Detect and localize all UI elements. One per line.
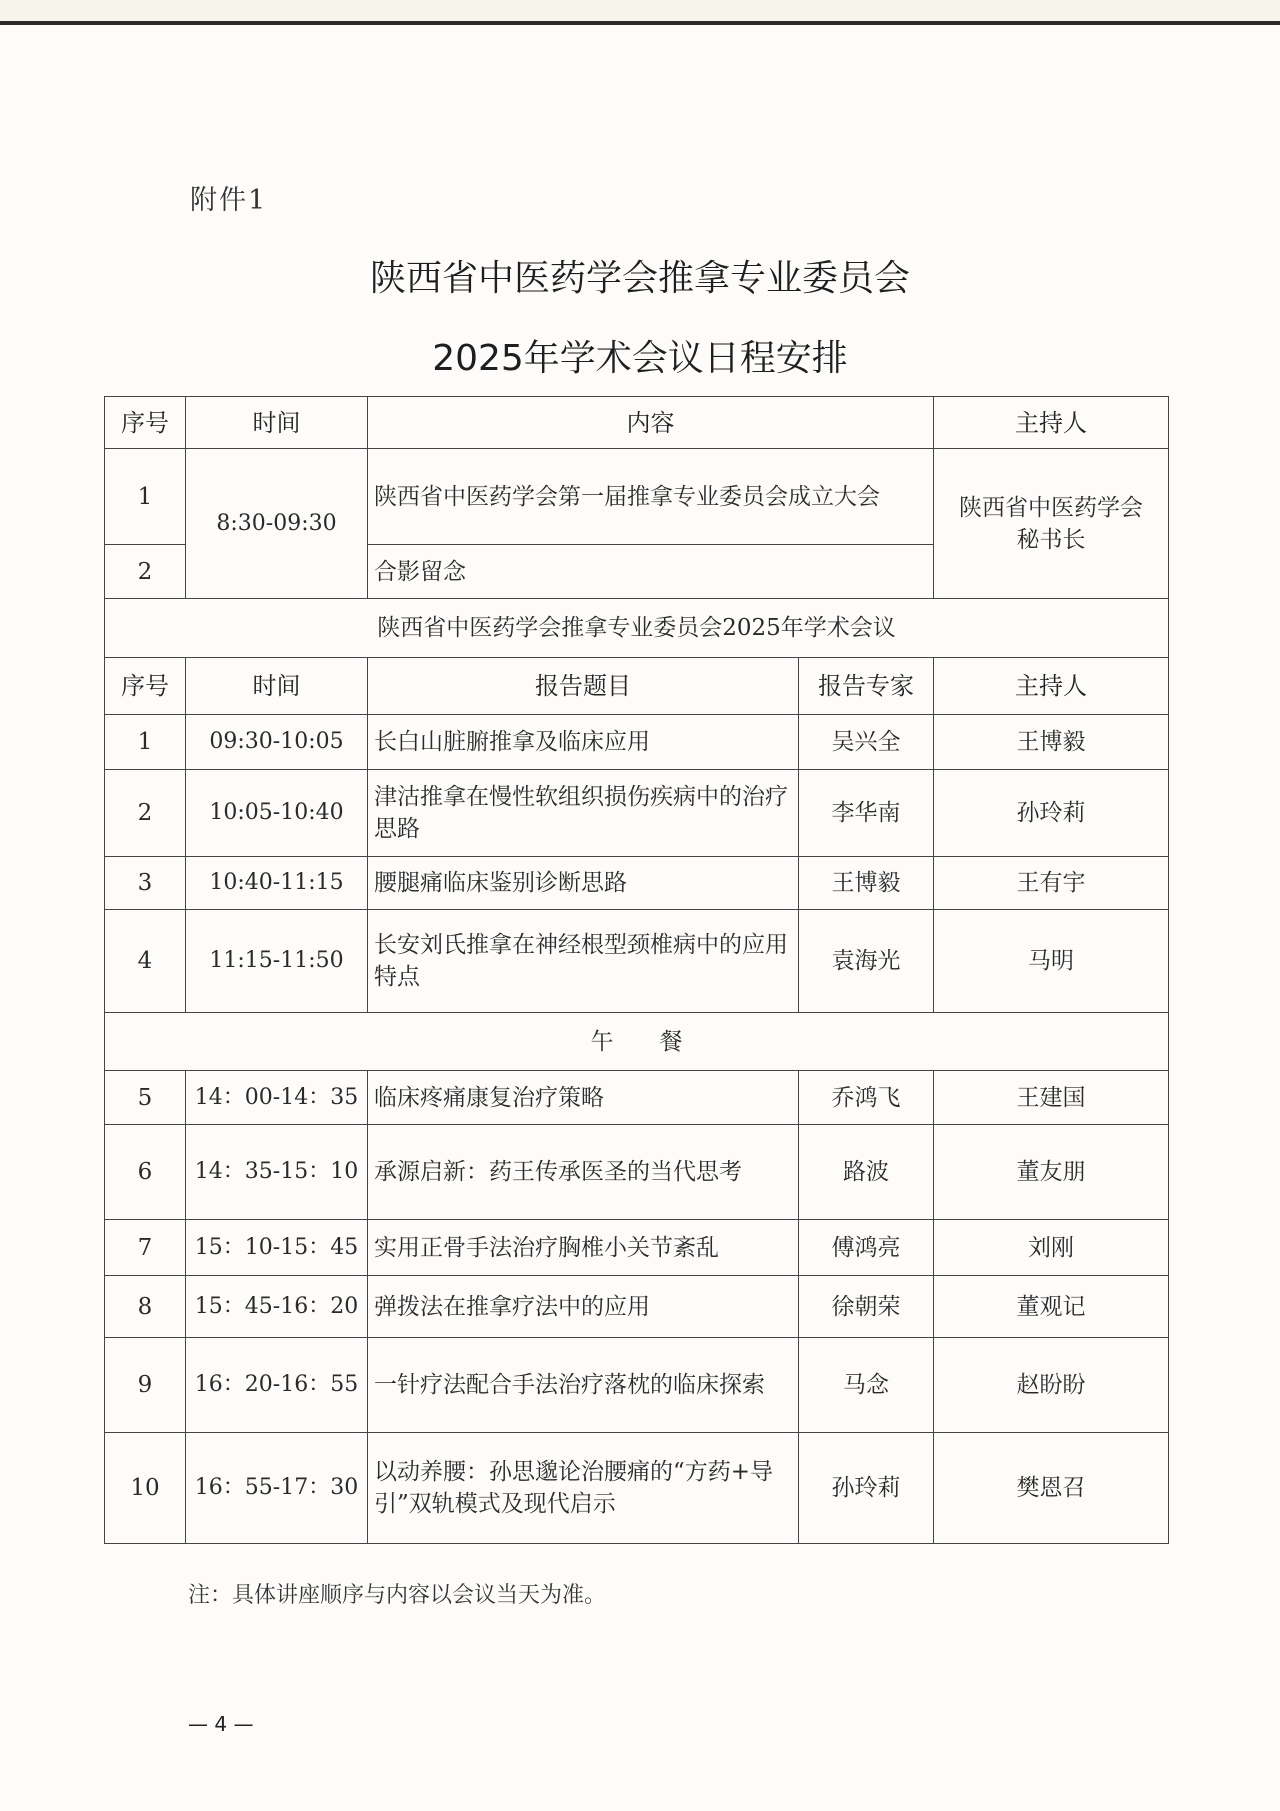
row-no: 6	[105, 1125, 186, 1220]
section-title-row: 陕西省中医药学会推拿专业委员会2025年学术会议	[105, 599, 1169, 658]
row-time: 11:15-11:50	[186, 910, 368, 1013]
row-host: 赵盼盼	[934, 1338, 1169, 1433]
row-content: 合影留念	[368, 545, 934, 599]
attachment-label: 附件1	[190, 178, 267, 217]
row-host: 王博毅	[934, 715, 1169, 770]
row-content: 陕西省中医药学会第一届推拿专业委员会成立大会	[368, 449, 934, 545]
document-title-line1: 陕西省中医药学会推拿专业委员会	[0, 250, 1280, 301]
row-topic: 长白山脏腑推拿及临床应用	[368, 715, 799, 770]
row-speaker: 路波	[799, 1125, 934, 1220]
row-topic: 以动养腰：孙思邈论治腰痛的“方药+导引”双轨模式及现代启示	[368, 1433, 799, 1544]
table-row: 9 16：20-16：55 一针疗法配合手法治疗落枕的临床探索 马念 赵盼盼	[105, 1338, 1169, 1433]
row-no: 1	[105, 449, 186, 545]
header-content: 内容	[368, 397, 934, 449]
table-row: 8 15：45-16：20 弹拨法在推拿疗法中的应用 徐朝荣 董观记	[105, 1276, 1169, 1338]
row-no: 2	[105, 545, 186, 599]
row-topic: 实用正骨手法治疗胸椎小关节紊乱	[368, 1220, 799, 1276]
row-time: 09:30-10:05	[186, 715, 368, 770]
row-time: 14：35-15：10	[186, 1125, 368, 1220]
table-row: 7 15：10-15：45 实用正骨手法治疗胸椎小关节紊乱 傅鸿亮 刘刚	[105, 1220, 1169, 1276]
part1-header-row: 序号 时间 内容 主持人	[105, 397, 1169, 449]
row-time: 16：20-16：55	[186, 1338, 368, 1433]
table-row: 4 11:15-11:50 长安刘氏推拿在神经根型颈椎病中的应用特点 袁海光 马…	[105, 910, 1169, 1013]
header-topic: 报告题目	[368, 658, 799, 715]
section-title: 陕西省中医药学会推拿专业委员会2025年学术会议	[105, 599, 1169, 658]
row-speaker: 李华南	[799, 770, 934, 857]
row-speaker: 马念	[799, 1338, 934, 1433]
row-no: 2	[105, 770, 186, 857]
row-no: 3	[105, 857, 186, 910]
row-speaker: 吴兴全	[799, 715, 934, 770]
row-host: 董观记	[934, 1276, 1169, 1338]
part2-header-row: 序号 时间 报告题目 报告专家 主持人	[105, 658, 1169, 715]
row-host: 王有宇	[934, 857, 1169, 910]
row-host: 陕西省中医药学会秘书长	[934, 449, 1169, 599]
page-number: — 4 —	[188, 1712, 253, 1736]
row-no: 9	[105, 1338, 186, 1433]
lunch-row: 午 餐	[105, 1013, 1169, 1071]
schedule-table: 序号 时间 内容 主持人 1 8:30-09:30 陕西省中医药学会第一届推拿专…	[104, 396, 1169, 1544]
row-topic: 长安刘氏推拿在神经根型颈椎病中的应用特点	[368, 910, 799, 1013]
row-speaker: 乔鸿飞	[799, 1071, 934, 1125]
table-row: 10 16：55-17：30 以动养腰：孙思邈论治腰痛的“方药+导引”双轨模式及…	[105, 1433, 1169, 1544]
table-row: 6 14：35-15：10 承源启新：药王传承医圣的当代思考 路波 董友朋	[105, 1125, 1169, 1220]
row-time: 10:05-10:40	[186, 770, 368, 857]
row-speaker: 徐朝荣	[799, 1276, 934, 1338]
row-host: 刘刚	[934, 1220, 1169, 1276]
row-topic: 腰腿痛临床鉴别诊断思路	[368, 857, 799, 910]
header-host: 主持人	[934, 397, 1169, 449]
row-no: 8	[105, 1276, 186, 1338]
row-time: 16：55-17：30	[186, 1433, 368, 1544]
row-no: 7	[105, 1220, 186, 1276]
row-time: 15：10-15：45	[186, 1220, 368, 1276]
row-time: 15：45-16：20	[186, 1276, 368, 1338]
table-row: 5 14：00-14：35 临床疼痛康复治疗策略 乔鸿飞 王建国	[105, 1071, 1169, 1125]
header-time: 时间	[186, 658, 368, 715]
row-time: 10:40-11:15	[186, 857, 368, 910]
header-host: 主持人	[934, 658, 1169, 715]
row-speaker: 袁海光	[799, 910, 934, 1013]
row-host: 马明	[934, 910, 1169, 1013]
table-row: 3 10:40-11:15 腰腿痛临床鉴别诊断思路 王博毅 王有宇	[105, 857, 1169, 910]
table-row: 1 8:30-09:30 陕西省中医药学会第一届推拿专业委员会成立大会 陕西省中…	[105, 449, 1169, 545]
row-speaker: 傅鸿亮	[799, 1220, 934, 1276]
header-time: 时间	[186, 397, 368, 449]
row-host: 樊恩召	[934, 1433, 1169, 1544]
row-time: 8:30-09:30	[186, 449, 368, 599]
row-speaker: 王博毅	[799, 857, 934, 910]
footnote: 注：具体讲座顺序与内容以会议当天为准。	[188, 1578, 606, 1609]
lunch-label: 午 餐	[105, 1013, 1169, 1071]
row-topic: 弹拨法在推拿疗法中的应用	[368, 1276, 799, 1338]
row-host: 董友朋	[934, 1125, 1169, 1220]
row-topic: 津沽推拿在慢性软组织损伤疾病中的治疗思路	[368, 770, 799, 857]
row-topic: 临床疼痛康复治疗策略	[368, 1071, 799, 1125]
row-host: 孙玲莉	[934, 770, 1169, 857]
scan-top-margin	[0, 0, 1280, 22]
header-no: 序号	[105, 397, 186, 449]
page-top-rule	[0, 21, 1280, 25]
row-host: 王建国	[934, 1071, 1169, 1125]
row-no: 1	[105, 715, 186, 770]
document-title-line2: 2025年学术会议日程安排	[0, 330, 1280, 381]
row-no: 10	[105, 1433, 186, 1544]
table-row: 1 09:30-10:05 长白山脏腑推拿及临床应用 吴兴全 王博毅	[105, 715, 1169, 770]
table-row: 2 10:05-10:40 津沽推拿在慢性软组织损伤疾病中的治疗思路 李华南 孙…	[105, 770, 1169, 857]
header-no: 序号	[105, 658, 186, 715]
row-no: 5	[105, 1071, 186, 1125]
row-speaker: 孙玲莉	[799, 1433, 934, 1544]
header-speaker: 报告专家	[799, 658, 934, 715]
row-no: 4	[105, 910, 186, 1013]
row-time: 14：00-14：35	[186, 1071, 368, 1125]
row-topic: 承源启新：药王传承医圣的当代思考	[368, 1125, 799, 1220]
row-topic: 一针疗法配合手法治疗落枕的临床探索	[368, 1338, 799, 1433]
